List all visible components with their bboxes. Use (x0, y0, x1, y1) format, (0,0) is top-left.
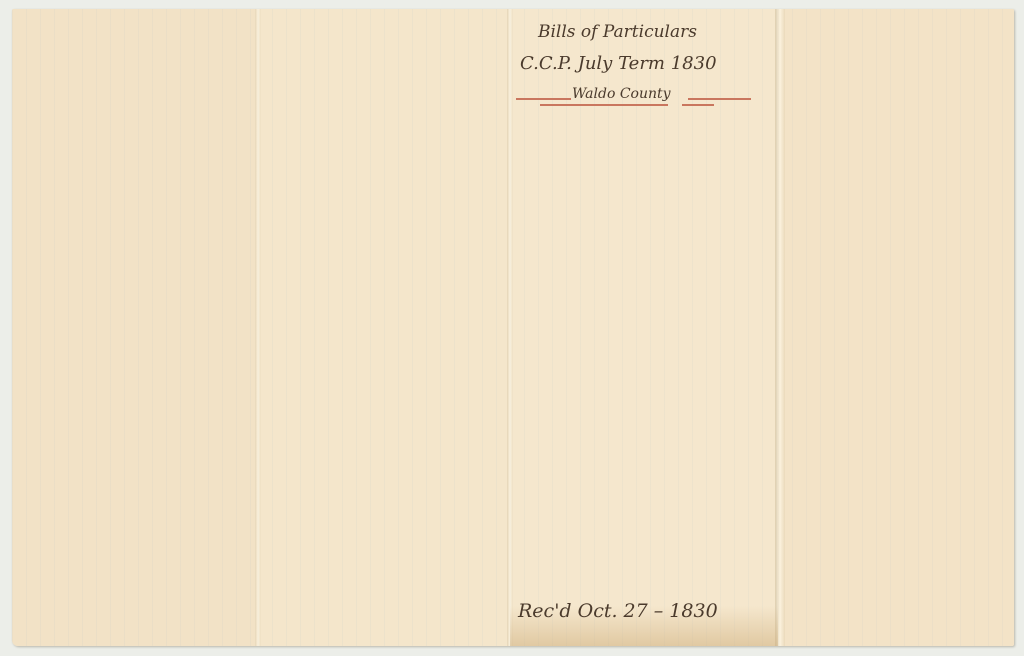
docket-court-term: C.C.P. July Term 1830 (520, 53, 717, 74)
received-date-note: Rec'd Oct. 27 – 1830 (518, 600, 718, 622)
document-panel-1 (12, 9, 258, 646)
docket-title: Bills of Particulars (538, 22, 697, 42)
document-panel-2 (258, 9, 510, 646)
red-rule-line (540, 104, 668, 106)
document-panel-4 (778, 9, 1014, 646)
fold-crease (507, 9, 513, 646)
folded-document (12, 9, 1014, 646)
red-rule-line (516, 98, 571, 100)
fold-crease (775, 9, 785, 646)
fold-crease (255, 9, 261, 646)
docket-county: Waldo County (572, 86, 671, 102)
red-rule-line (688, 98, 751, 100)
red-rule-line (682, 104, 714, 106)
